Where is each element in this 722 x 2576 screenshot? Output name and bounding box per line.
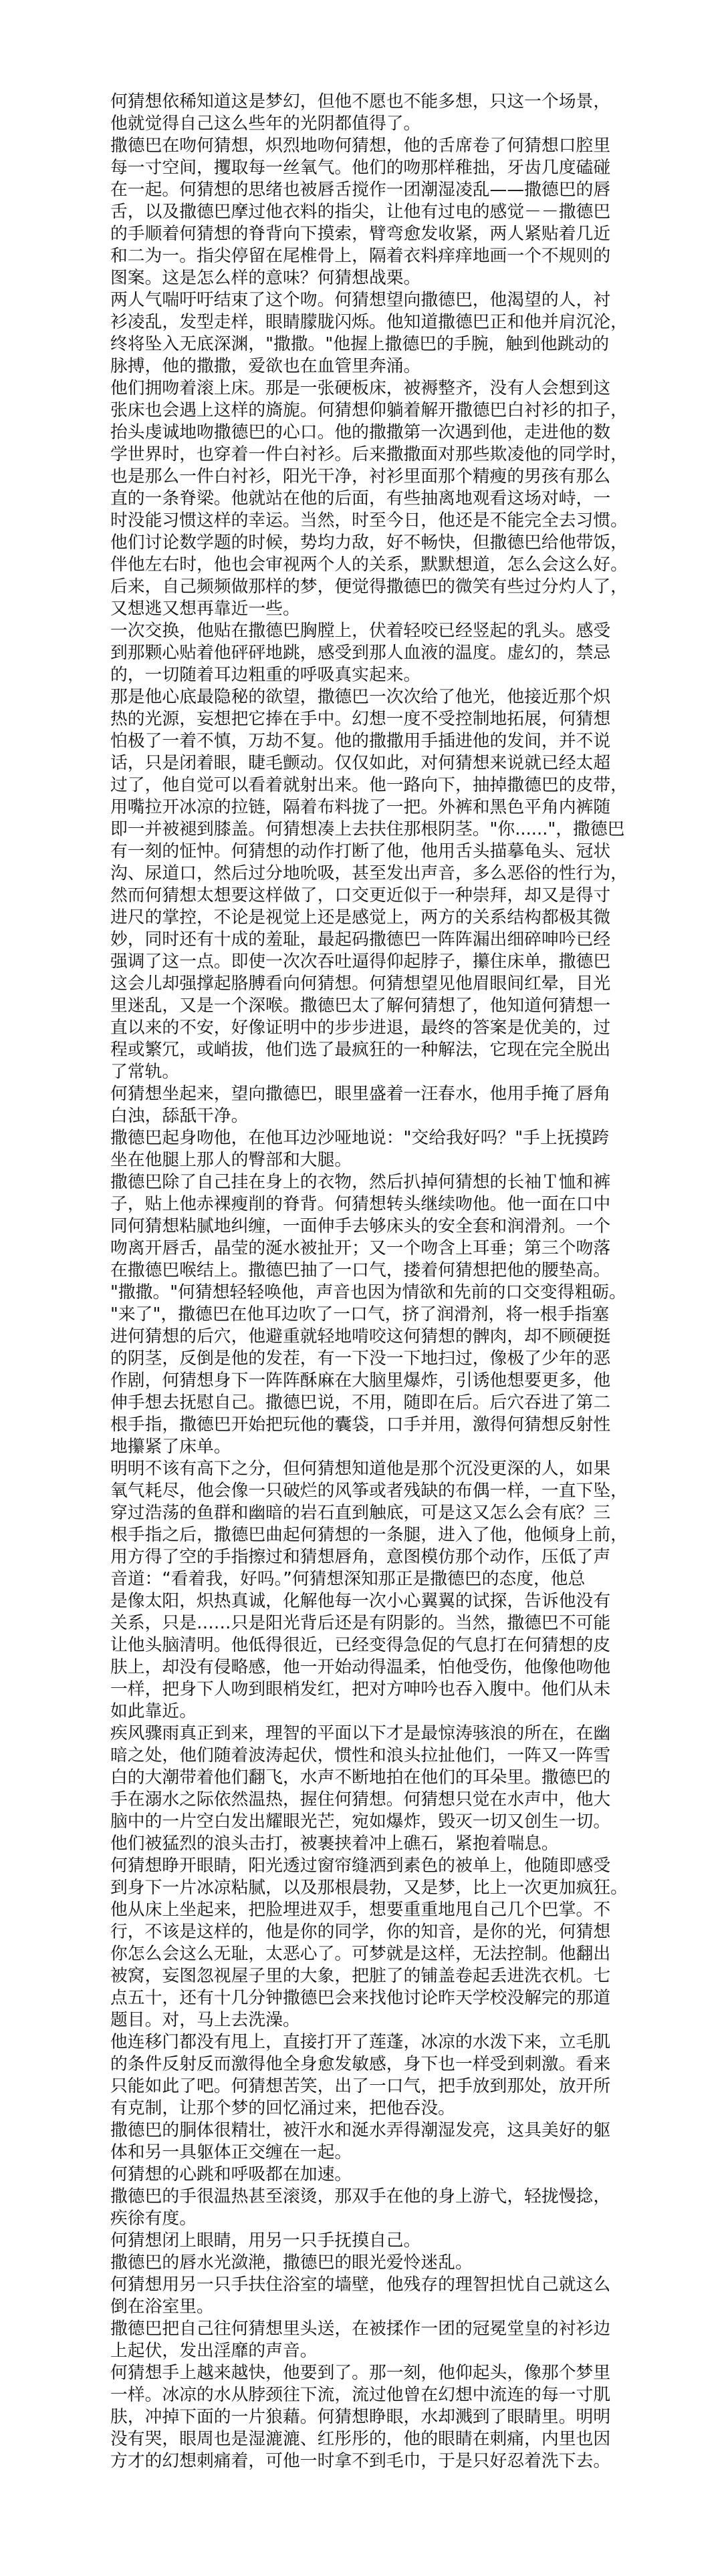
text-line: 是像太阳，炽热真诚，化解他每一次小心翼翼的试探，告诉他没有 <box>110 1590 613 1612</box>
text-line: 子，贴上他赤裸瘦削的脊背。何猜想转头继续吻他。他一面在口中 <box>110 1193 613 1215</box>
text-line: 里迷乱，又是一个深喉。撒德巴太了解何猜想了，他知道何猜想一 <box>110 995 613 1017</box>
text-line: 倒在浴室里。 <box>110 2296 613 2318</box>
text-line: 他连移门都没有甩上，直接打开了莲蓬，冰凉的水泼下来，立毛肌 <box>110 2031 613 2053</box>
text-line: 何猜想的心跳和呼吸都在加速。 <box>110 2164 613 2186</box>
text-line: 明明不该有高下之分，但何猜想知道他是那个沉没更深的人，如果 <box>110 1458 613 1480</box>
text-line: 撒德巴的胴体很精壮，被汗水和涎水弄得潮湿发亮，这具美好的躯 <box>110 2120 613 2142</box>
text-line: "撒撒。"何猜想轻轻唤他，声音也因为情欲和先前的口交变得粗砺。 <box>110 1282 613 1304</box>
text-line: 白的大潮带着他们翻飞，水声不断地拍在他们的耳朵里。撒德巴的 <box>110 1767 613 1789</box>
paragraph: 何猜想坐起来，望向撒德巴，眼里盛着一汪春水，他用手掩了唇角白浊，舔舐干净。 <box>110 1083 613 1127</box>
text-line: 直以来的不安，好像证明中的步步进退，最终的答案是优美的，过 <box>110 1017 613 1039</box>
text-line: 有一刻的怔忡。何猜想的动作打断了他，他用舌头描摹龟头、冠状 <box>110 841 613 863</box>
text-line: 有克制，让那个梦的回忆涌过来，把他吞没。 <box>110 2098 613 2120</box>
text-line: 舌，以及撒德巴摩过他衣料的指尖，让他有过电的感觉－－撒德巴 <box>110 201 613 223</box>
paragraph: 他连移门都没有甩上，直接打开了莲蓬，冰凉的水泼下来，立毛肌的条件反射反而激得他全… <box>110 2031 613 2120</box>
text-line: 地攥紧了床单。 <box>110 1436 613 1458</box>
text-line: 到身下一片冰凉粘腻，以及那根晨勃，又是梦，比上一次更加疯狂。 <box>110 1877 613 1899</box>
text-line: 撒德巴的手很温热甚至滚烫，那双手在他的身上游弋，轻拢慢捻， <box>110 2186 613 2208</box>
text-line: 的，一切随着耳边粗重的呼吸真实起来。 <box>110 664 613 686</box>
paragraph: 何猜想睁开眼睛，阳光透过窗帘缝洒到素色的被单上，他随即感受到身下一片冰凉粘腻，以… <box>110 1855 613 2031</box>
text-line: 音道：“看着我，好吗。”何猜想深知那正是撒德巴的态度，他总 <box>110 1568 613 1590</box>
text-line: 行，不该是这样的，他是你的同学，你的知音，是你的光，何猜想 <box>110 1921 613 1943</box>
text-line: 过了，他自觉可以看着就射出来。他一路向下，抽掉撒德巴的皮带， <box>110 774 613 797</box>
text-line: 根手指，撒德巴开始把玩他的囊袋，口手并用，激得何猜想反射性 <box>110 1414 613 1436</box>
text-line: 吻离开唇舌，晶莹的涎水被扯开；又一个吻含上耳垂；第三个吻落 <box>110 1238 613 1260</box>
text-line: 他们拥吻着滚上床。那是一张硬板床，被褥整齐，没有人会想到这 <box>110 378 613 400</box>
paragraph: 疾风骤雨真正到来，理智的平面以下才是最惊涛骇浪的所在，在幽暗之处，他们随着波涛起… <box>110 1723 613 1855</box>
paragraph: 两人气喘吁吁结束了这个吻。何猜想望向撒德巴，他渴望的人，衬衫凌乱，发型走样，眼睛… <box>110 289 613 378</box>
text-line: 肤上，却没有侵略感，他一开始动得温柔，怕他受伤，他像他吻他 <box>110 1657 613 1679</box>
text-line: 手在溺水之际依然温热，握住何猜想。何猜想只觉在水声中，他大 <box>110 1789 613 1811</box>
text-line: 那是他心底最隐秘的欲望，撒德巴一次次给了他光，他接近那个炽 <box>110 686 613 708</box>
text-line: 何猜想睁开眼睛，阳光透过窗帘缝洒到素色的被单上，他随即感受 <box>110 1855 613 1877</box>
text-line: 脑中的一片空白发出耀眼光芒，宛如爆炸，毁灭一切又创生一切。 <box>110 1811 613 1833</box>
text-line: 何猜想手上越来越快，他要到了。那一刻，他仰起头，像那个梦里 <box>110 2362 613 2384</box>
text-line: 撒德巴在吻何猜想，炽烈地吻何猜想，他的舌席卷了何猜想口腔里 <box>110 135 613 157</box>
text-line: 关系，只是……只是阳光背后还是有阴影的。当然，撒德巴不可能 <box>110 1612 613 1634</box>
text-line: 怕极了一着不慎，万劫不复。他的撒撒用手插进他的发间，并不说 <box>110 730 613 752</box>
paragraph: 撒德巴的唇水光潋滟，撒德巴的眼光爱怜迷乱。 <box>110 2252 613 2274</box>
text-line: 这会儿却强撑起胳膊看向何猜想。何猜想望见他眉眼间红晕，目光 <box>110 973 613 995</box>
text-line: 点五十，还有十几分钟撒德巴会来找他讨论昨天学校没解完的那道 <box>110 1987 613 2009</box>
text-line: 何猜想闭上眼睛，用另一只手抚摸自己。 <box>110 2230 613 2252</box>
text-line: 学世界时，也穿着一件白衬衫。后来撒撒面对那些欺凌他的同学时， <box>110 444 613 466</box>
text-line: 直的一条脊梁。他就站在他的后面，有些抽离地观看这场对峙，一 <box>110 488 613 510</box>
text-line: 他就觉得自己这么些年的光阴都值得了。 <box>110 113 613 135</box>
text-line: 进尺的掌控，不论是视觉上还是感觉上，两方的关系结构都极其微 <box>110 907 613 929</box>
text-line: 话，只是闭着眼，睫毛颤动。仅仅如此，对何猜想来说就已经太超 <box>110 752 613 774</box>
text-line: 没有哭，眼周也是湿漉漉、红彤彤的，他的眼睛在刺痛，内里也因 <box>110 2428 613 2450</box>
text-line: 的条件反射反而激得他全身愈发敏感，身下也一样受到刺激。看来 <box>110 2053 613 2076</box>
text-line: 被窝，妄图忽视屋子里的大象，把脏了的铺盖卷起丢进洗衣机。七 <box>110 1965 613 1987</box>
text-line: 暗之处，他们随着波涛起伏，惯性和浪头拉扯他们，一阵又一阵雪 <box>110 1745 613 1767</box>
text-line: 时没能习惯这样的幸运。当然，时至今日，他还是不能完全去习惯。 <box>110 510 613 532</box>
text-line: 终将坠入无底深渊，"撒撒。"他握上撒德巴的手腕，触到他跳动的 <box>110 333 613 355</box>
text-line: 疾徐有度。 <box>110 2208 613 2230</box>
paragraph: 何猜想依稀知道这是梦幻，但他不愿也不能多想，只这一个场景，他就觉得自己这么些年的… <box>110 91 613 135</box>
text-line: 何猜想坐起来，望向撒德巴，眼里盛着一汪春水，他用手掩了唇角 <box>110 1083 613 1105</box>
text-line: 热的光源，妄想把它捧在手中。幻想一度不受控制地拓展，何猜想 <box>110 708 613 730</box>
text-line: 他们被猛烈的浪头击打，被裹挟着冲上礁石，紧抱着喘息。 <box>110 1833 613 1855</box>
text-line: 氧气耗尽，他会像一只破烂的风筝或者残缺的布偶一样，一直下坠， <box>110 1480 613 1502</box>
document-body: 何猜想依稀知道这是梦幻，但他不愿也不能多想，只这一个场景，他就觉得自己这么些年的… <box>110 91 613 2472</box>
text-line: 在一起。何猜想的思绪也被唇舌搅作一团潮湿凌乱——撒德巴的唇 <box>110 179 613 201</box>
text-line: 撒德巴的唇水光潋滟，撒德巴的眼光爱怜迷乱。 <box>110 2252 613 2274</box>
text-line: 即一并被褪到膝盖。何猜想凑上去扶住那根阴茎。"你......"，撒德巴 <box>110 819 613 841</box>
text-line: 张床也会遇上这样的旖旎。何猜想仰躺着解开撒德巴白衬衫的扣子， <box>110 400 613 422</box>
paragraph: 撒德巴的手很温热甚至滚烫，那双手在他的身上游弋，轻拢慢捻，疾徐有度。 <box>110 2186 613 2230</box>
text-line: 脉搏，他的撒撒，爱欲也在血管里奔涌。 <box>110 355 613 378</box>
paragraph: 一次交换，他贴在撒德巴胸膛上，伏着轻咬已经竖起的乳头。感受到那颗心贴着他砰砰地跳… <box>110 620 613 686</box>
text-line: 进何猜想的后穴，他避重就轻地啃咬这何猜想的髀肉，却不顾硬挺 <box>110 1326 613 1348</box>
paragraph: 撒德巴除了自己挂在身上的衣物，然后扒掉何猜想的长袖Ｔ恤和裤子，贴上他赤裸瘦削的脊… <box>110 1171 613 1458</box>
text-line: 图案。这是怎么样的意味？何猜想战栗。 <box>110 267 613 289</box>
text-line: 他们讨论数学题的时候，势均力敌，好不畅快，但撒德巴给他带饭， <box>110 532 613 554</box>
text-line: 如此靠近。 <box>110 1701 613 1723</box>
text-line: 上起伏，发出淫靡的声音。 <box>110 2340 613 2362</box>
text-line: 穿过浩荡的鱼群和幽暗的岩石直到触底，可是这又怎么会有底？三 <box>110 1502 613 1524</box>
text-line: 一样，把身下人吻到眼梢发红，把对方呻吟也吞入腹中。他们从未 <box>110 1679 613 1701</box>
text-line: 撒德巴除了自己挂在身上的衣物，然后扒掉何猜想的长袖Ｔ恤和裤 <box>110 1171 613 1193</box>
text-line: 方才的幻想刺痛着，可他一时拿不到毛巾，于是只好忍着洗下去。 <box>110 2450 613 2472</box>
text-line: 衫凌乱，发型走样，眼睛朦胧闪烁。他知道撒德巴正和他并肩沉沦， <box>110 311 613 333</box>
paragraph: 何猜想手上越来越快，他要到了。那一刻，他仰起头，像那个梦里一样。冰凉的水从脖颈往… <box>110 2362 613 2472</box>
paragraph: 那是他心底最隐秘的欲望，撒德巴一次次给了他光，他接近那个炽热的光源，妄想把它捧在… <box>110 686 613 1083</box>
text-line: 让他头脑清明。他低得很近，已经变得急促的气息打在何猜想的皮 <box>110 1634 613 1657</box>
paragraph: 何猜想用另一只手扶住浴室的墙壁，他残存的理智担忧自己就这么倒在浴室里。 <box>110 2274 613 2318</box>
text-line: 强调了这一点。即使一次次吞吐逼得仰起脖子，攥住床单，撒德巴 <box>110 951 613 973</box>
text-line: 白浊，舔舐干净。 <box>110 1105 613 1127</box>
text-line: 何猜想依稀知道这是梦幻，但他不愿也不能多想，只这一个场景， <box>110 91 613 113</box>
text-line: 然而何猜想太想要这样做了，口交更近似于一种崇拜，却又是得寸 <box>110 885 613 907</box>
paragraph: 明明不该有高下之分，但何猜想知道他是那个沉没更深的人，如果氧气耗尽，他会像一只破… <box>110 1458 613 1723</box>
text-line: 了常轨。 <box>110 1061 613 1083</box>
text-line: 抬头虔诚地吻撒德巴的心口。他的撒撒第一次遇到他，走进他的数 <box>110 422 613 444</box>
text-line: 题目。对，马上去洗澡。 <box>110 2009 613 2031</box>
text-line: "来了"，撒德巴在他耳边吹了一口气，挤了润滑剂，将一根手指塞 <box>110 1304 613 1326</box>
text-line: 的手顺着何猜想的脊背向下摸索，臂弯愈发收紧，两人紧贴着几近 <box>110 223 613 245</box>
text-line: 沟、尿道口，然后过分地吮吸，甚至发出声音，多么恶俗的性行为， <box>110 863 613 885</box>
text-line: 到那颗心贴着他砰砰地跳，感受到那人血液的温度。虚幻的，禁忌 <box>110 642 613 664</box>
paragraph: 撒德巴的胴体很精壮，被汗水和涎水弄得潮湿发亮，这具美好的躯体和另一具躯体正交缠在… <box>110 2120 613 2164</box>
text-line: 和二为一。指尖停留在尾椎骨上，隔着衣料痒痒地画一个不规则的 <box>110 245 613 267</box>
text-line: 撒德巴起身吻他，在他耳边沙哑地说："交给我好吗？"手上抚摸跨 <box>110 1127 613 1149</box>
text-line: 在撒德巴喉结上。撒德巴抽了一口气，搂着何猜想把他的腰垫高。 <box>110 1260 613 1282</box>
text-line: 根手指之后，撒德巴曲起何猜想的一条腿，进入了他，他倾身上前， <box>110 1524 613 1546</box>
text-line: 用方得了空的手指擦过和猜想唇角，意图模仿那个动作，压低了声 <box>110 1546 613 1568</box>
paragraph: 撒德巴起身吻他，在他耳边沙哑地说："交给我好吗？"手上抚摸跨坐在他腿上那人的臀部… <box>110 1127 613 1171</box>
text-line: 撒德巴把自己往何猜想里头送，在被揉作一团的冠冕堂皇的衬衫边 <box>110 2318 613 2340</box>
text-line: 伴他左右时，他也会审视两个人的关系，默默想道，怎么会这么好。 <box>110 554 613 576</box>
paragraph: 他们拥吻着滚上床。那是一张硬板床，被褥整齐，没有人会想到这张床也会遇上这样的旖旎… <box>110 378 613 620</box>
text-line: 伸手想去抚慰自己。撒德巴说，不用，随即在后。后穴吞进了第二 <box>110 1392 613 1414</box>
text-line: 又想逃又想再靠近一些。 <box>110 598 613 620</box>
text-line: 坐在他腿上那人的臀部和大腿。 <box>110 1149 613 1171</box>
text-line: 你怎么会这么无耻，太恶心了。可梦就是这样，无法控制。他翻出 <box>110 1943 613 1965</box>
paragraph: 何猜想的心跳和呼吸都在加速。 <box>110 2164 613 2186</box>
text-line: 一次交换，他贴在撒德巴胸膛上，伏着轻咬已经竖起的乳头。感受 <box>110 620 613 642</box>
paragraph: 撒德巴把自己往何猜想里头送，在被揉作一团的冠冕堂皇的衬衫边上起伏，发出淫靡的声音… <box>110 2318 613 2362</box>
text-line: 程或繁冗，或峭拔，他们选了最疯狂的一种解法，它现在完全脱出 <box>110 1039 613 1061</box>
text-line: 肤，冲掉下面的一片狼藉。何猜想睁眼，水却溅到了眼睛里。明明 <box>110 2406 613 2428</box>
text-line: 作剧，何猜想身下一阵阵酥麻在大脑里爆炸，引诱他想要更多，他 <box>110 1370 613 1392</box>
text-line: 后来，自己频频做那样的梦，便觉得撒德巴的微笑有些过分灼人了， <box>110 576 613 598</box>
text-line: 体和另一具躯体正交缠在一起。 <box>110 2142 613 2164</box>
text-line: 何猜想用另一只手扶住浴室的墙壁，他残存的理智担忧自己就这么 <box>110 2274 613 2296</box>
paragraph: 何猜想闭上眼睛，用另一只手抚摸自己。 <box>110 2230 613 2252</box>
text-line: 两人气喘吁吁结束了这个吻。何猜想望向撒德巴，他渴望的人，衬 <box>110 289 613 311</box>
text-line: 只能如此了吧。何猜想苦笑，出了一口气，把手放到那处，放开所 <box>110 2076 613 2098</box>
text-line: 每一寸空间，攫取每一丝氧气。他们的吻那样稚拙，牙齿几度磕碰 <box>110 157 613 179</box>
paragraph: 撒德巴在吻何猜想，炽烈地吻何猜想，他的舌席卷了何猜想口腔里每一寸空间，攫取每一丝… <box>110 135 613 289</box>
text-line: 疾风骤雨真正到来，理智的平面以下才是最惊涛骇浪的所在，在幽 <box>110 1723 613 1745</box>
text-line: 同何猜想粘腻地纠缠，一面伸手去够床头的安全套和润滑剂。一个 <box>110 1215 613 1238</box>
text-line: 他从床上坐起来，把脸埋进双手，想要重重地甩自己几个巴掌。不 <box>110 1899 613 1921</box>
text-line: 也是那么一件白衬衫，阳光干净，衬衫里面那个精瘦的男孩有那么 <box>110 466 613 488</box>
text-line: 的阴茎，反倒是他的发茬，有一下没一下地扫过，像极了少年的恶 <box>110 1348 613 1370</box>
text-line: 妙，同时还有十成的羞耻，最起码撒德巴一阵阵漏出细碎呻吟已经 <box>110 929 613 951</box>
text-line: 用嘴拉开冰凉的拉链，隔着布料拢了一把。外裤和黑色平角内裤随 <box>110 797 613 819</box>
text-line: 一样。冰凉的水从脖颈往下流，流过他曾在幻想中流连的每一寸肌 <box>110 2384 613 2406</box>
